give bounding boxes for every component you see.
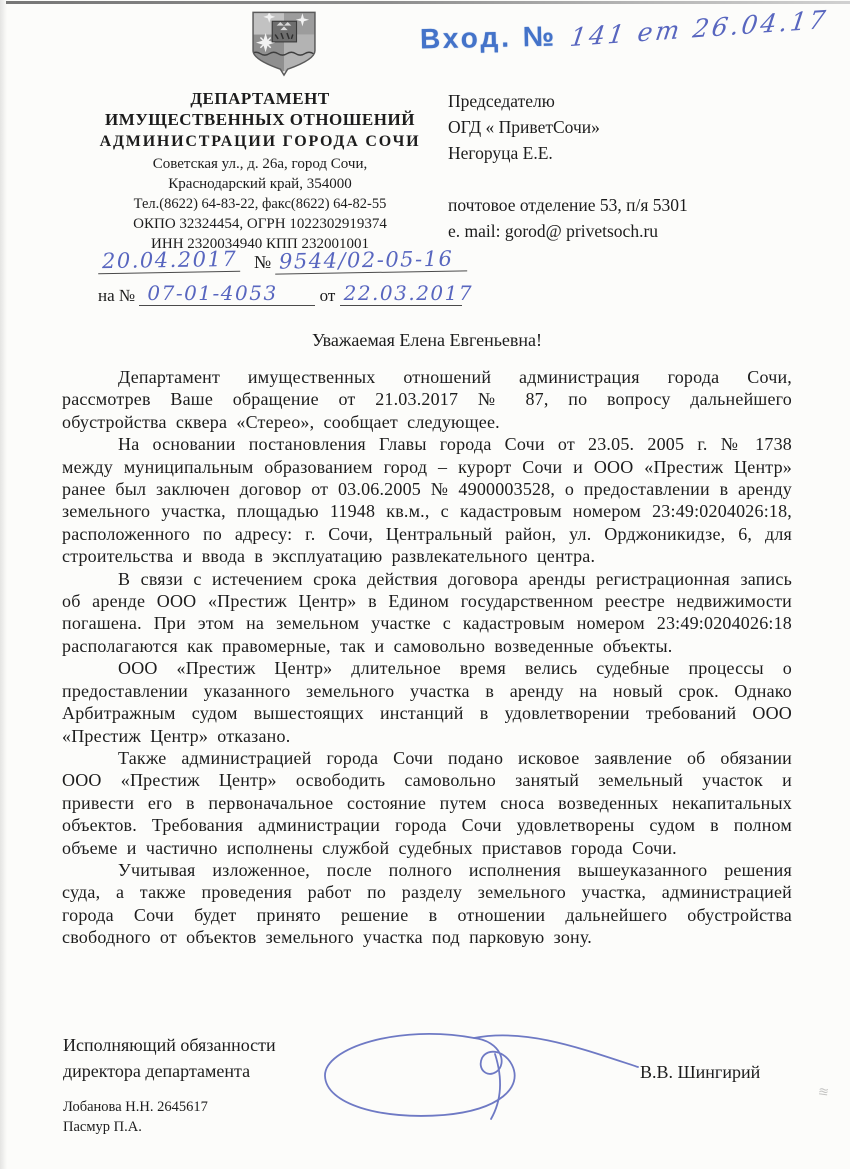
letter-body: Департамент имущественных отношений адми… [62, 366, 792, 949]
incoming-stamp-label: Вход. № [420, 21, 558, 56]
outgoing-ref-line: 20.04.2017 № 9544/02-05-16 [98, 248, 467, 280]
paragraph: ООО «Престиж Центр» длительное время вел… [62, 657, 792, 747]
reply-date-handwritten: 22.03.2017 [340, 281, 462, 306]
reply-prefix-label: на № [98, 286, 135, 305]
addressee-person: Негоруца Е.Е. [448, 140, 808, 166]
number-sign-label: № [254, 252, 271, 272]
paragraph: Департамент имущественных отношений адми… [62, 366, 792, 433]
addressee-block: Председателю ОГД « ПриветСочи» Негоруца … [448, 88, 808, 244]
paragraph: На основании постановления Главы города … [62, 433, 792, 567]
incoming-number-handwritten: 141 ет 26.04.17 [568, 5, 830, 52]
addressee-title: Председателю [448, 88, 808, 114]
org-address-line: Советская ул., д. 26а, город Сочи, [60, 154, 460, 174]
org-okpo-line: ОКПО 32324454, ОГРН 1022302919374 [60, 214, 460, 234]
signoff-position-line2: директора департамента [63, 1058, 276, 1084]
executor-block: Лобанова Н.Н. 2645617 Пасмур П.А. [63, 1098, 208, 1137]
scan-edge-artifact [6, 1, 850, 4]
scanned-letter-page: Вход. № 141 ет 26.04.17 [0, 0, 850, 1169]
signature-scribble-icon [314, 1026, 644, 1126]
org-name-line: ИМУЩЕСТВЕННЫХ ОТНОШЕНИЙ [60, 109, 460, 130]
org-name-line: ДЕПАРТАМЕНТ [60, 88, 460, 109]
outgoing-date-handwritten: 20.04.2017 [98, 247, 240, 274]
signoff-position-line1: Исполняющий обязанности [63, 1032, 276, 1058]
letterhead-org-block: ДЕПАРТАМЕНТ ИМУЩЕСТВЕННЫХ ОТНОШЕНИЙ АДМИ… [60, 88, 460, 254]
sochi-coat-of-arms-icon [247, 8, 321, 83]
salutation: Уважаемая Елена Евгеньевна! [62, 330, 792, 351]
signer-name: В.В. Шингирий [640, 1062, 760, 1083]
addressee-email: e. mail: gorod@ privetsoch.ru [448, 218, 808, 244]
outgoing-number-handwritten: 9544/02-05-16 [275, 246, 467, 274]
org-name-line: АДМИНИСТРАЦИИ ГОРОДА СОЧИ [60, 130, 460, 154]
org-phone-line: Тел.(8622) 64-83-22, факс(8622) 64-82-55 [60, 194, 460, 214]
addressee-postal: почтовое отделение 53, п/я 5301 [448, 192, 808, 218]
reply-number-handwritten: 07-01-4053 [139, 281, 315, 306]
addressee-org: ОГД « ПриветСочи» [448, 114, 808, 140]
signoff-position: Исполняющий обязанности директора департ… [63, 1032, 276, 1084]
org-address-line: Краснодарский край, 354000 [60, 174, 460, 194]
reply-from-label: от [320, 286, 336, 305]
paragraph: Также администрацией города Сочи подано … [62, 747, 792, 859]
executor-line2: Пасмур П.А. [63, 1118, 208, 1138]
reply-ref-line: на № 07-01-4053 от 22.03.2017 [98, 281, 462, 311]
executor-line1: Лобанова Н.Н. 2645617 [63, 1098, 208, 1118]
paragraph: В связи с истечением срока действия дого… [62, 568, 792, 658]
scan-left-shade [0, 0, 7, 1169]
scan-smudge: ≊ [817, 1083, 830, 1100]
paragraph: Учитывая изложенное, после полного испол… [62, 859, 792, 949]
